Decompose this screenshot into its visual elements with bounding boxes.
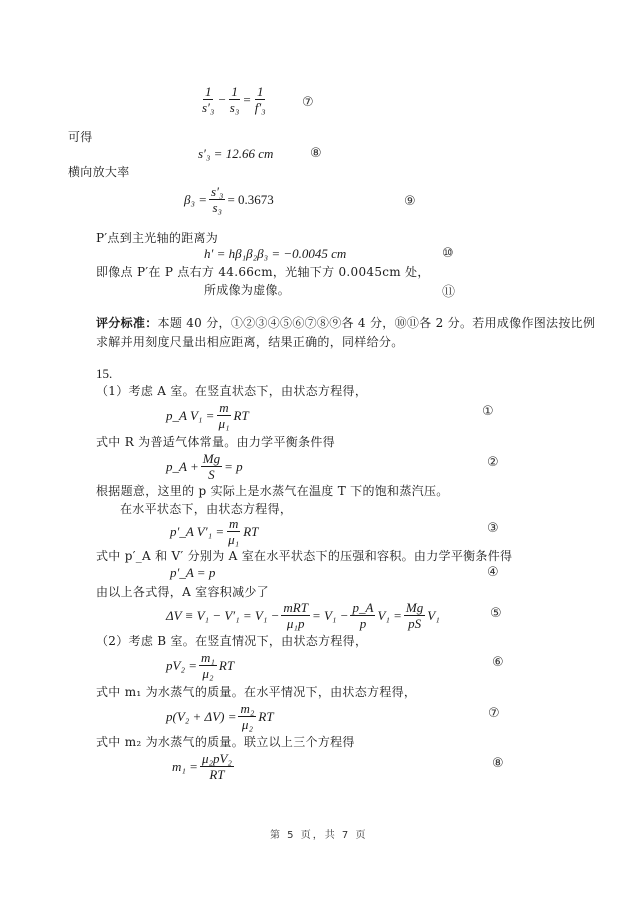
scoring-line-2: 求解并用刻度尺量出相应距离，结果正确的，同样给分。 [96,333,404,350]
equation-10-optics: h′ = hβ₁β₂β₃ = −0.0045 cm [204,246,346,262]
fraction: MgpS [404,600,425,631]
equation-label-7: ⑦ [302,95,314,110]
text-horizontal-state: 在水平状态下，由状态方程得， [120,500,292,517]
text-p-distance: P′点到主光轴的距离为 [96,229,218,246]
fraction: m₂μ₂ [238,701,256,732]
equation-label-8: ⑧ [310,146,322,161]
equation-label-3: ③ [487,521,499,536]
text-p-meaning: 根据题意，这里的 p 实际上是水蒸气在温度 T 下的饱和蒸汽压。 [96,482,449,499]
text-where-pa: 式中 p′_A 和 V′ 分别为 A 室在水平状态下的压强和容积。由力学平衡条件… [96,547,512,564]
equation-4: p′_A = p [170,565,215,581]
scoring-line-1: 评分标准：本题 40 分，①②③④⑤⑥⑦⑧⑨各 4 分，⑩⑪各 2 分。若用成像… [96,314,595,331]
text-virtual-image: 所成像为虚像。 [204,281,290,298]
page-footer: 第 5 页，共 7 页 [270,826,367,841]
problem-number: 15. [96,366,112,382]
text-m1-mass: 式中 m₁ 为水蒸气的质量。在水平情况下，由状态方程得， [96,683,416,700]
text-magnification: 横向放大率 [68,163,130,180]
fraction: 1s′₃ [200,84,216,115]
equation-label-9: ⑨ [404,194,416,209]
equation-7-optics: 1s′₃ − 1s₃ = 1f′₃ [198,84,270,115]
equation-9-optics: β₃ = s′₃s₃ = 0.3673 [184,184,274,215]
fraction: 1s₃ [228,84,242,115]
fraction: mμ₁ [226,516,241,547]
text-image-position: 即像点 P′在 P 点右方 44.66cm，光轴下方 0.0045cm 处， [96,263,430,280]
fraction: 1f′₃ [253,84,268,115]
equation-2: p_A + MgS = p [166,451,243,482]
equation-label-6: ⑥ [492,655,504,670]
fraction: MgS [201,451,222,482]
equation-5: ΔV ≡ V₁ − V′₁ = V₁ − mRTμ₁p = V₁ − p_Ap … [166,600,440,631]
equation-8-optics: s′₃ = 12.66 cm [198,146,273,162]
equation-label-11: ⑪ [442,281,455,300]
equation-label-8b: ⑧ [492,756,504,771]
fraction: s′₃s₃ [209,184,225,215]
equation-7: p(V₂ + ΔV) = m₂μ₂ RT [166,701,274,732]
equation-label-10: ⑩ [442,246,454,261]
fraction: mRTμ₁p [281,600,310,631]
text-m2-mass: 式中 m₂ 为水蒸气的质量。联立以上三个方程得 [96,733,355,750]
equation-label-2: ② [487,455,499,470]
fraction: mμ₁ [216,400,231,431]
equation-6: pV₂ = m₁μ₂ RT [166,650,234,681]
equation-1: p_A V₁ = mμ₁ RT [166,400,249,431]
equation-label-5: ⑤ [490,606,502,621]
equation-label-4: ④ [487,565,499,580]
text-kede: 可得 [68,128,93,145]
equation-8: m₁ = μ₂pV₂RT [172,751,236,782]
text-r-constant: 式中 R 为普适气体常量。由力学平衡条件得 [96,433,335,450]
equation-label-7b: ⑦ [488,706,500,721]
fraction: p_Ap [350,600,375,631]
equation-label-1: ① [482,404,494,419]
fraction: m₁μ₂ [199,650,217,681]
part2-intro: （2）考虑 B 室。在竖直情况下，由状态方程得， [96,632,367,649]
equation-3: p′_A V′₁ = mμ₁ RT [170,516,258,547]
text-volume-reduce: 由以上各式得，A 室容积减少了 [96,583,269,600]
fraction: μ₂pV₂RT [200,751,234,782]
scoring-title: 评分标准： [96,316,158,330]
part1-intro: （1）考虑 A 室。在竖直状态下，由状态方程得， [96,382,367,399]
